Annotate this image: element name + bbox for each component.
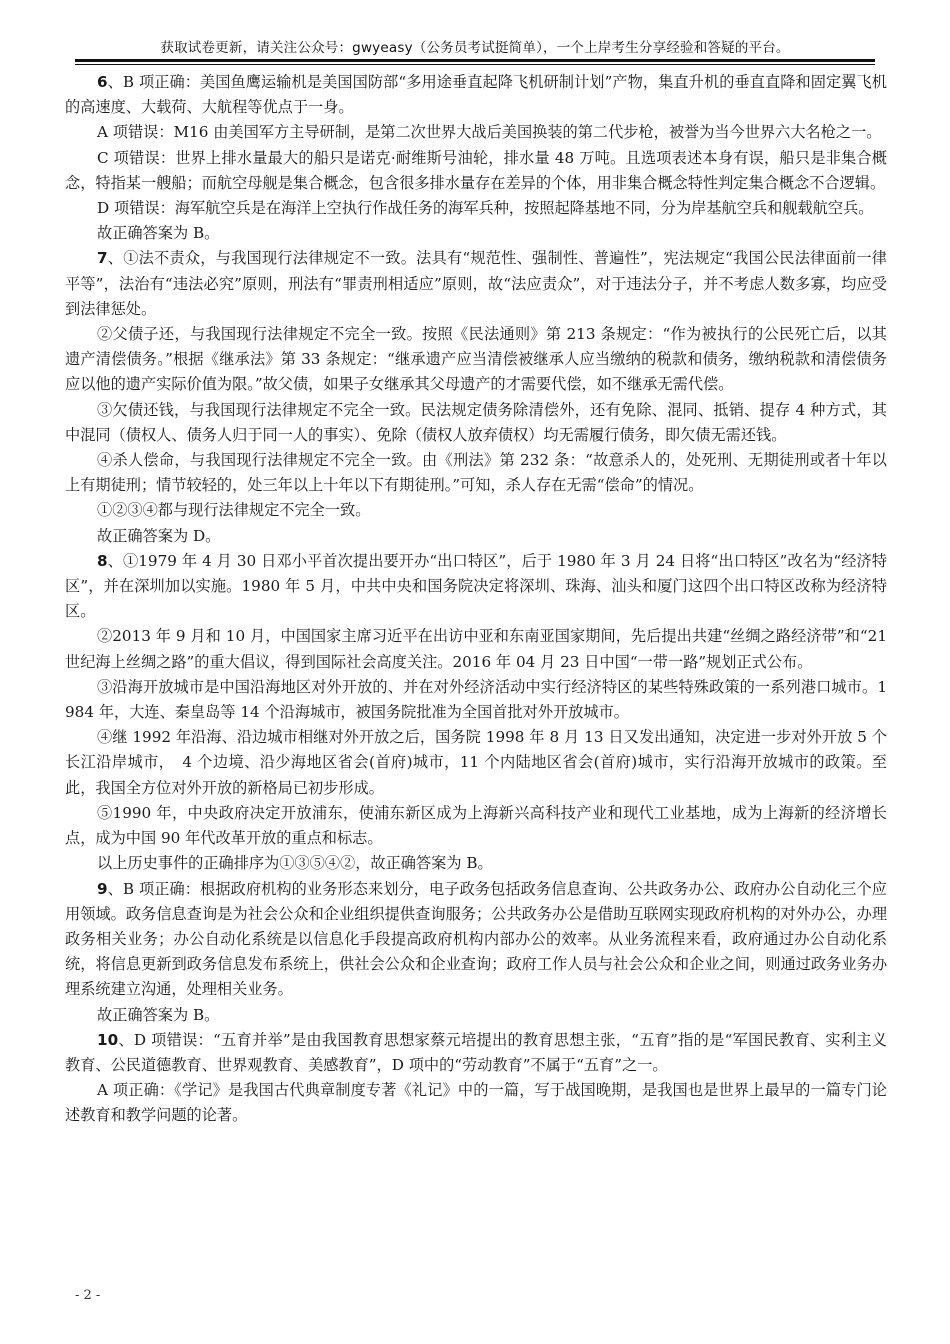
answer-paragraph: A 项正确：《学记》是我国古代典章制度专著《礼记》中的一篇，写于战国晚期，是我国… [65, 1078, 887, 1128]
question-number: 6 [97, 73, 108, 91]
answer-conclusion: 以上历史事件的正确排序为①③⑤④②，故正确答案为 B。 [65, 851, 887, 876]
answer-paragraph: ⑤1990 年，中央政府决定开放浦东，使浦东新区成为上海新兴高科技产业和现代工业… [65, 801, 887, 851]
answer-paragraph: ①②③④都与现行法律规定不完全一致。 [65, 498, 887, 523]
question-number: 7 [97, 249, 108, 267]
answer-conclusion: 故正确答案为 B。 [65, 1003, 887, 1028]
document-body: 6、B 项正确：美国鱼鹰运输机是美国国防部“多用途垂直起降飞机研制计划”产物，集… [65, 70, 887, 1129]
answer-paragraph: 10、D 项错误：“五育并举”是由我国教育思想家蔡元培提出的教育思想主张，“五育… [65, 1028, 887, 1078]
answer-paragraph: 6、B 项正确：美国鱼鹰运输机是美国国防部“多用途垂直起降飞机研制计划”产物，集… [65, 70, 887, 120]
page-header-notice: 获取试卷更新，请关注公众号：gwyeasy（公务员考试挺简单），一个上岸考生分享… [75, 36, 875, 56]
answer-conclusion: 故正确答案为 B。 [65, 221, 887, 246]
answer-paragraph: ③欠债还钱，与我国现行法律规定不完全一致。民法规定债务除清偿外，还有免除、混同、… [65, 398, 887, 448]
answer-paragraph: 8、①1979 年 4 月 30 日邓小平首次提出要开办“出口特区”，后于 19… [65, 549, 887, 625]
answer-paragraph: D 项错误：海军航空兵是在海洋上空执行作战任务的海军兵种，按照起降基地不同，分为… [65, 196, 887, 221]
answer-paragraph: ④继 1992 年沿海、沿边城市相继对外开放之后，国务院 1998 年 8 月 … [65, 725, 887, 801]
answer-paragraph: 9、B 项正确：根据政府机构的业务形态来划分，电子政务包括政务信息查询、公共政务… [65, 877, 887, 1003]
answer-paragraph: C 项错误：世界上排水量最大的船只是诺克·耐维斯号油轮，排水量 48 万吨。且选… [65, 146, 887, 196]
answer-paragraph: ③沿海开放城市是中国沿海地区对外开放的、并在对外经济活动中实行经济特区的某些特殊… [65, 675, 887, 725]
question-number: 10 [97, 1031, 118, 1049]
question-number: 8 [97, 552, 108, 570]
header-rule-thin [75, 64, 875, 65]
answer-paragraph: ②2013 年 9 月和 10 月，中国国家主席习近平在出访中亚和东南亚国家期间… [65, 624, 887, 674]
question-number: 9 [97, 880, 108, 898]
answer-paragraph: 7、①法不责众，与我国现行法律规定不一致。法具有“规范性、强制性、普遍性”，宪法… [65, 246, 887, 322]
answer-paragraph: ④杀人偿命，与我国现行法律规定不完全一致。由《刑法》第 232 条：“故意杀人的… [65, 448, 887, 498]
header-rule-thick [75, 59, 875, 62]
page-number: - 2 - [75, 1288, 100, 1303]
answer-paragraph: A 项错误：M16 由美国军方主导研制，是第二次世界大战后美国换装的第二代步枪，… [65, 120, 887, 145]
answer-paragraph: ②父债子还，与我国现行法律规定不完全一致。按照《民法通则》第 213 条规定：“… [65, 322, 887, 398]
answer-conclusion: 故正确答案为 D。 [65, 524, 887, 549]
